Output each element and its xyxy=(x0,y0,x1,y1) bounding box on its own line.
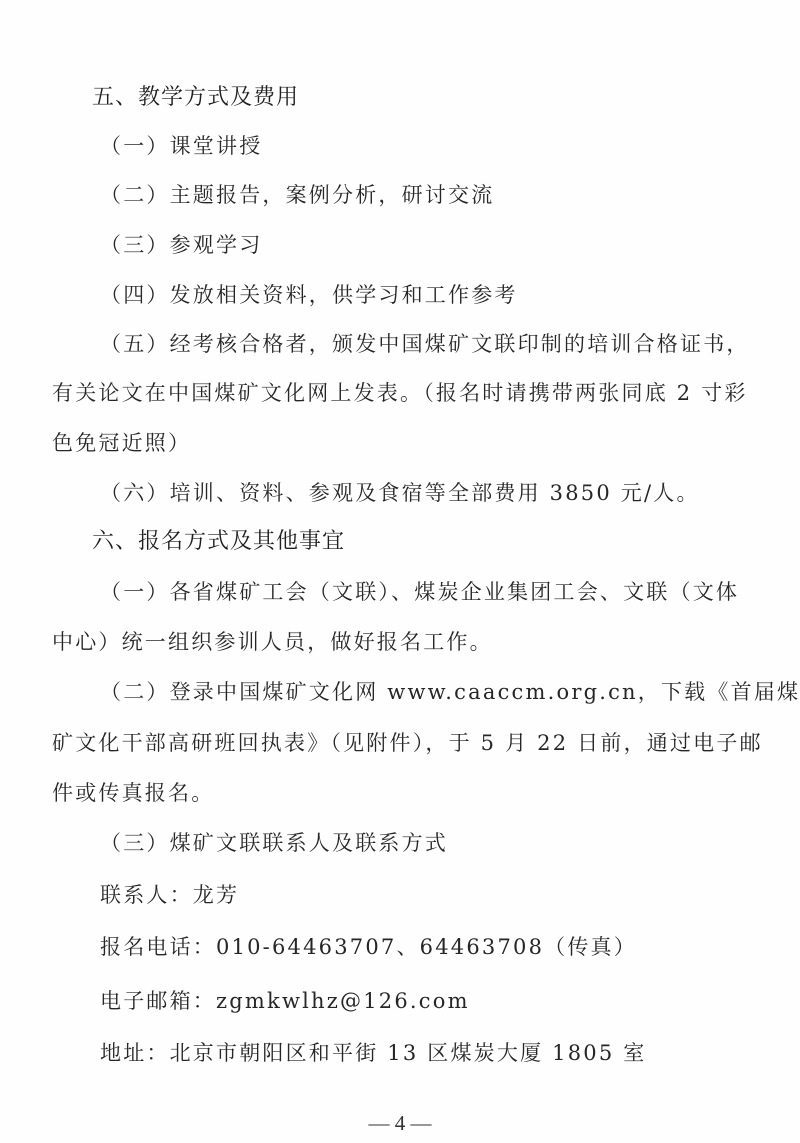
contact-email: 电子邮箱：zgmkwlhz@126.com xyxy=(100,988,470,1014)
paragraph-line: 有关论文在中国煤矿文化网上发表。（报名时请携带两张同底 2 寸彩 xyxy=(52,380,748,406)
document-page: 五、教学方式及费用 （一）课堂讲授 （二）主题报告，案例分析，研讨交流 （三）参… xyxy=(0,0,800,1143)
paragraph-line: （五）经考核合格者，颁发中国煤矿文联印制的培训合格证书， xyxy=(100,331,750,357)
paragraph-line: （三）煤矿文联联系人及联系方式 xyxy=(100,830,448,856)
paragraph-line: 矿文化干部高研班回执表》（见附件），于 5 月 22 日前，通过电子邮 xyxy=(52,730,763,756)
paragraph-line: 中心）统一组织参训人员，做好报名工作。 xyxy=(52,629,493,655)
paragraph-line: （四）发放相关资料，供学习和工作参考 xyxy=(100,282,518,308)
contact-phone: 报名电话：010-64463707、64463708（传真） xyxy=(100,934,637,960)
paragraph-line: 色免冠近照） xyxy=(52,430,191,456)
paragraph-line-fee: （六）培训、资料、参观及食宿等全部费用 3850 元/人。 xyxy=(100,480,700,506)
page-number: — 4 — xyxy=(0,1110,800,1136)
paragraph-line: （一）各省煤矿工会（文联）、煤炭企业集团工会、文联（文体 xyxy=(100,579,739,605)
section-heading-teaching-methods: 五、教学方式及费用 xyxy=(92,85,299,111)
paragraph-line-website: （二）登录中国煤矿文化网 www.caaccm.org.cn，下载《首届煤 xyxy=(100,679,800,705)
contact-person: 联系人：龙芳 xyxy=(100,882,239,908)
paragraph-line: （三）参观学习 xyxy=(100,232,262,258)
paragraph-line: （一）课堂讲授 xyxy=(100,133,262,159)
section-heading-registration: 六、报名方式及其他事宜 xyxy=(92,529,345,555)
paragraph-line: 件或传真报名。 xyxy=(52,780,214,806)
contact-address: 地址：北京市朝阳区和平街 13 区煤炭大厦 1805 室 xyxy=(100,1040,646,1066)
paragraph-line: （二）主题报告，案例分析，研讨交流 xyxy=(100,182,494,208)
